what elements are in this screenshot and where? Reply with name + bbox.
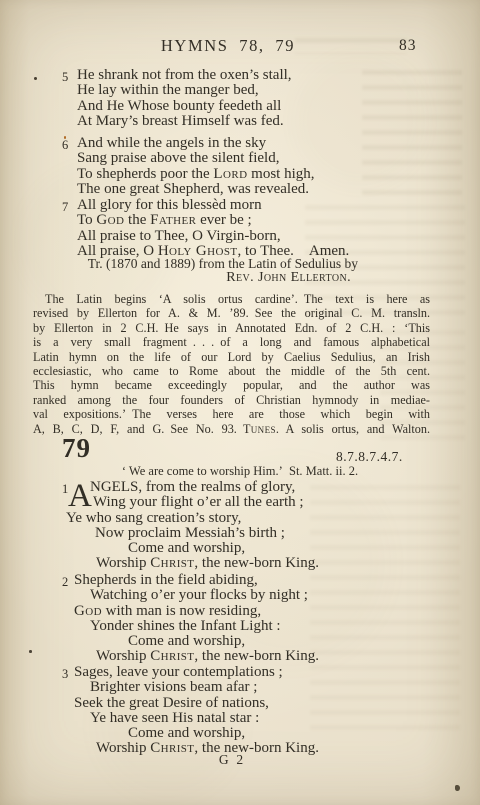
paper-speck	[29, 650, 32, 653]
hymn-78-verse-5: 5 He shrank not from the oxen’s stall, H…	[62, 68, 422, 129]
verse-number: 2	[62, 575, 68, 590]
verse-line: He lay within the manger bed,	[62, 83, 422, 98]
attribution-author: Rev. John Ellerton.	[62, 271, 358, 285]
note-line: Latin hymn on the life of our Lord by Ca…	[33, 350, 430, 364]
note-line: revised by Ellerton for A. & M. ’89. See…	[33, 306, 430, 320]
verse-line: Brighter visions beam afar ;	[62, 680, 422, 695]
attribution-line: Tr. (1870 and 1889) from the Latin of Se…	[62, 256, 358, 271]
verse-line: The one great Shepherd, was revealed.	[62, 182, 422, 197]
page-number: 83	[399, 37, 417, 55]
verse-line: God with man is now residing,	[62, 604, 422, 619]
verse-line: Worship Christ, the new-born King.	[62, 649, 422, 664]
verse-line: Ye have seen His natal star :	[62, 711, 422, 726]
verse-line: NGELS, from the realms of glory,	[62, 480, 422, 495]
note-line: A, B, C, D, F, and G. See No. 93. Tunes.…	[33, 422, 430, 436]
verse-line: Yonder shines the Infant Light :	[62, 619, 422, 634]
note-line: This hymn became exceedingly popular, an…	[33, 378, 430, 392]
verse-number: 6	[62, 138, 68, 153]
editorial-note: The Latin begins ‘A solis ortus cardine’…	[33, 292, 430, 436]
verse-line: To God the Father ever be ;	[62, 213, 422, 228]
verse-number: 3	[62, 667, 68, 682]
verse-number: 7	[62, 200, 68, 215]
note-line: ranked among the four founders of Christ…	[33, 393, 430, 407]
verse-line: Worship Christ, the new-born King.	[62, 556, 422, 571]
verse-line: Now proclaim Messiah’s birth ;	[62, 526, 422, 541]
verse-line: Ye who sang creation’s story,	[62, 511, 422, 526]
note-line: ecclesiastic, who came to Rome about the…	[33, 364, 430, 378]
note-line: by Ellerton in 2 C.H. He says in Annotat…	[33, 321, 430, 335]
verse-line: To shepherds poor the Lord most high,	[62, 167, 422, 182]
scanned-hymnal-page: HYMNS 78, 79 83 5 He shrank not from the…	[0, 0, 480, 805]
verse-line: All praise to Thee, O Virgin-born,	[62, 229, 422, 244]
hymn-epigraph: ‘ We are come to worship Him.’ St. Matt.…	[0, 464, 480, 479]
hymn-78-verse-7: 7 All glory for this blessèd morn To God…	[62, 198, 422, 259]
verse-line: Come and worship,	[62, 541, 422, 556]
paper-speck	[34, 77, 37, 80]
verse-line: At Mary’s breast Himself was fed.	[62, 114, 422, 129]
running-head-title: HYMNS 78, 79	[0, 36, 456, 56]
verse-line: Seek the great Desire of nations,	[62, 696, 422, 711]
verse-line: Come and worship,	[62, 634, 422, 649]
translator-attribution: Tr. (1870 and 1889) from the Latin of Se…	[62, 256, 358, 285]
verse-line: Sages, leave your contemplations ;	[62, 665, 422, 680]
note-line: is a very small fragment . . . of a long…	[33, 335, 430, 349]
verse-line: Shepherds in the field abiding,	[62, 573, 422, 588]
verse-line: Wing your flight o’er all the earth ;	[62, 495, 422, 510]
verse-line: Sang praise above the silent field,	[62, 151, 422, 166]
verse-line: Watching o’er your flocks by night ;	[62, 588, 422, 603]
hymn-79-verse-3: 3 Sages, leave your contemplations ; Bri…	[62, 665, 422, 757]
verse-line: All glory for this blessèd morn	[62, 198, 422, 213]
verse-number: 5	[62, 70, 68, 85]
drop-cap: A	[68, 481, 92, 511]
printers-signature: G 2	[0, 752, 462, 768]
note-line: The Latin begins ‘A solis ortus cardine’…	[33, 292, 430, 306]
verse-line: Come and worship,	[62, 726, 422, 741]
hymn-79-verse-2: 2 Shepherds in the field abiding, Watchi…	[62, 573, 422, 665]
hymn-meter: 8.7.8.7.4.7.	[336, 449, 403, 465]
verse-line: And He Whose bounty feedeth all	[62, 99, 422, 114]
paper-speck	[455, 785, 460, 791]
verse-line: He shrank not from the oxen’s stall,	[62, 68, 422, 83]
note-line: val expositions.’ The verses here are th…	[33, 407, 430, 421]
hymn-78-verse-6: 6 And while the angels in the sky Sang p…	[62, 136, 422, 197]
hymn-79-verse-1: 1 A NGELS, from the realms of glory, Win…	[62, 480, 422, 572]
verse-line: And while the angels in the sky	[62, 136, 422, 151]
hymn-number: 79	[62, 433, 91, 464]
